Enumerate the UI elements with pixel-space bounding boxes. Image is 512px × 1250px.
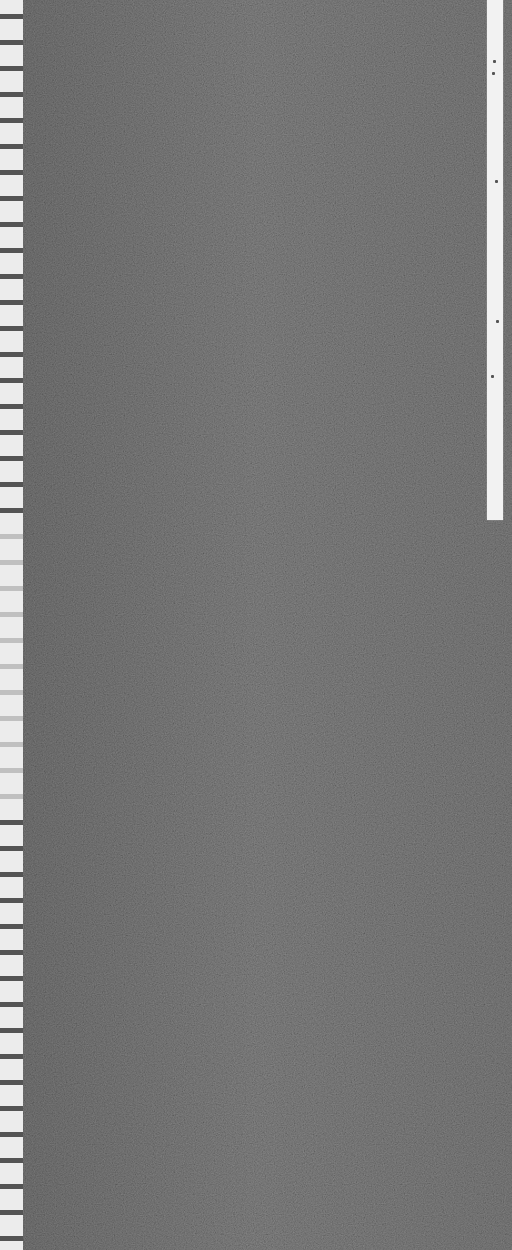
curb-stripe-gap (0, 92, 23, 97)
curb-stripe-gap (0, 404, 23, 409)
curb-stripe-gap (0, 482, 23, 487)
curb-stripe-gap (0, 300, 23, 305)
curb-stripe-gap (0, 664, 23, 669)
curb-stripe-gap (0, 144, 23, 149)
curb-stripe-gap (0, 274, 23, 279)
curb-stripe-gap (0, 170, 23, 175)
curb-stripe-gap (0, 248, 23, 253)
curb-stripe-gap (0, 924, 23, 929)
left-curb-stripes (0, 0, 23, 1250)
curb-stripe-gap (0, 430, 23, 435)
curb-stripe-gap (0, 1080, 23, 1085)
curb-stripe-gap (0, 1158, 23, 1163)
curb-stripe-gap (0, 326, 23, 331)
curb-stripe-gap (0, 534, 23, 539)
curb-stripe-gap (0, 1106, 23, 1111)
curb-stripe-gap (0, 196, 23, 201)
curb-stripe-gap (0, 508, 23, 513)
road-scene (0, 0, 512, 1250)
right-lane-line (487, 0, 503, 520)
curb-stripe-gap (0, 742, 23, 747)
curb-stripe-gap (0, 638, 23, 643)
curb-stripe-gap (0, 456, 23, 461)
curb-stripe-gap (0, 40, 23, 45)
curb-stripe-gap (0, 976, 23, 981)
curb-stripe-gap (0, 1236, 23, 1241)
curb-stripe-gap (0, 612, 23, 617)
curb-stripe-gap (0, 768, 23, 773)
curb-stripe-gap (0, 794, 23, 799)
curb-stripe-gap (0, 66, 23, 71)
curb-stripe-gap (0, 950, 23, 955)
curb-stripe-gap (0, 716, 23, 721)
curb-stripe-gap (0, 1002, 23, 1007)
curb-stripe-gap (0, 1210, 23, 1215)
curb-stripe-gap (0, 872, 23, 877)
curb-stripe-gap (0, 222, 23, 227)
asphalt-surface (0, 0, 512, 1250)
curb-stripe-gap (0, 1028, 23, 1033)
curb-stripe-gap (0, 560, 23, 565)
curb-stripe-gap (0, 820, 23, 825)
curb-stripe-gap (0, 352, 23, 357)
curb-stripe-gap (0, 1054, 23, 1059)
curb-stripe-gap (0, 690, 23, 695)
curb-stripe-gap (0, 14, 23, 19)
curb-stripe-gap (0, 118, 23, 123)
curb-stripe-gap (0, 586, 23, 591)
curb-stripe-gap (0, 1132, 23, 1137)
curb-stripe-gap (0, 898, 23, 903)
curb-stripe-gap (0, 378, 23, 383)
curb-stripe-gap (0, 1184, 23, 1189)
curb-stripe-gap (0, 846, 23, 851)
